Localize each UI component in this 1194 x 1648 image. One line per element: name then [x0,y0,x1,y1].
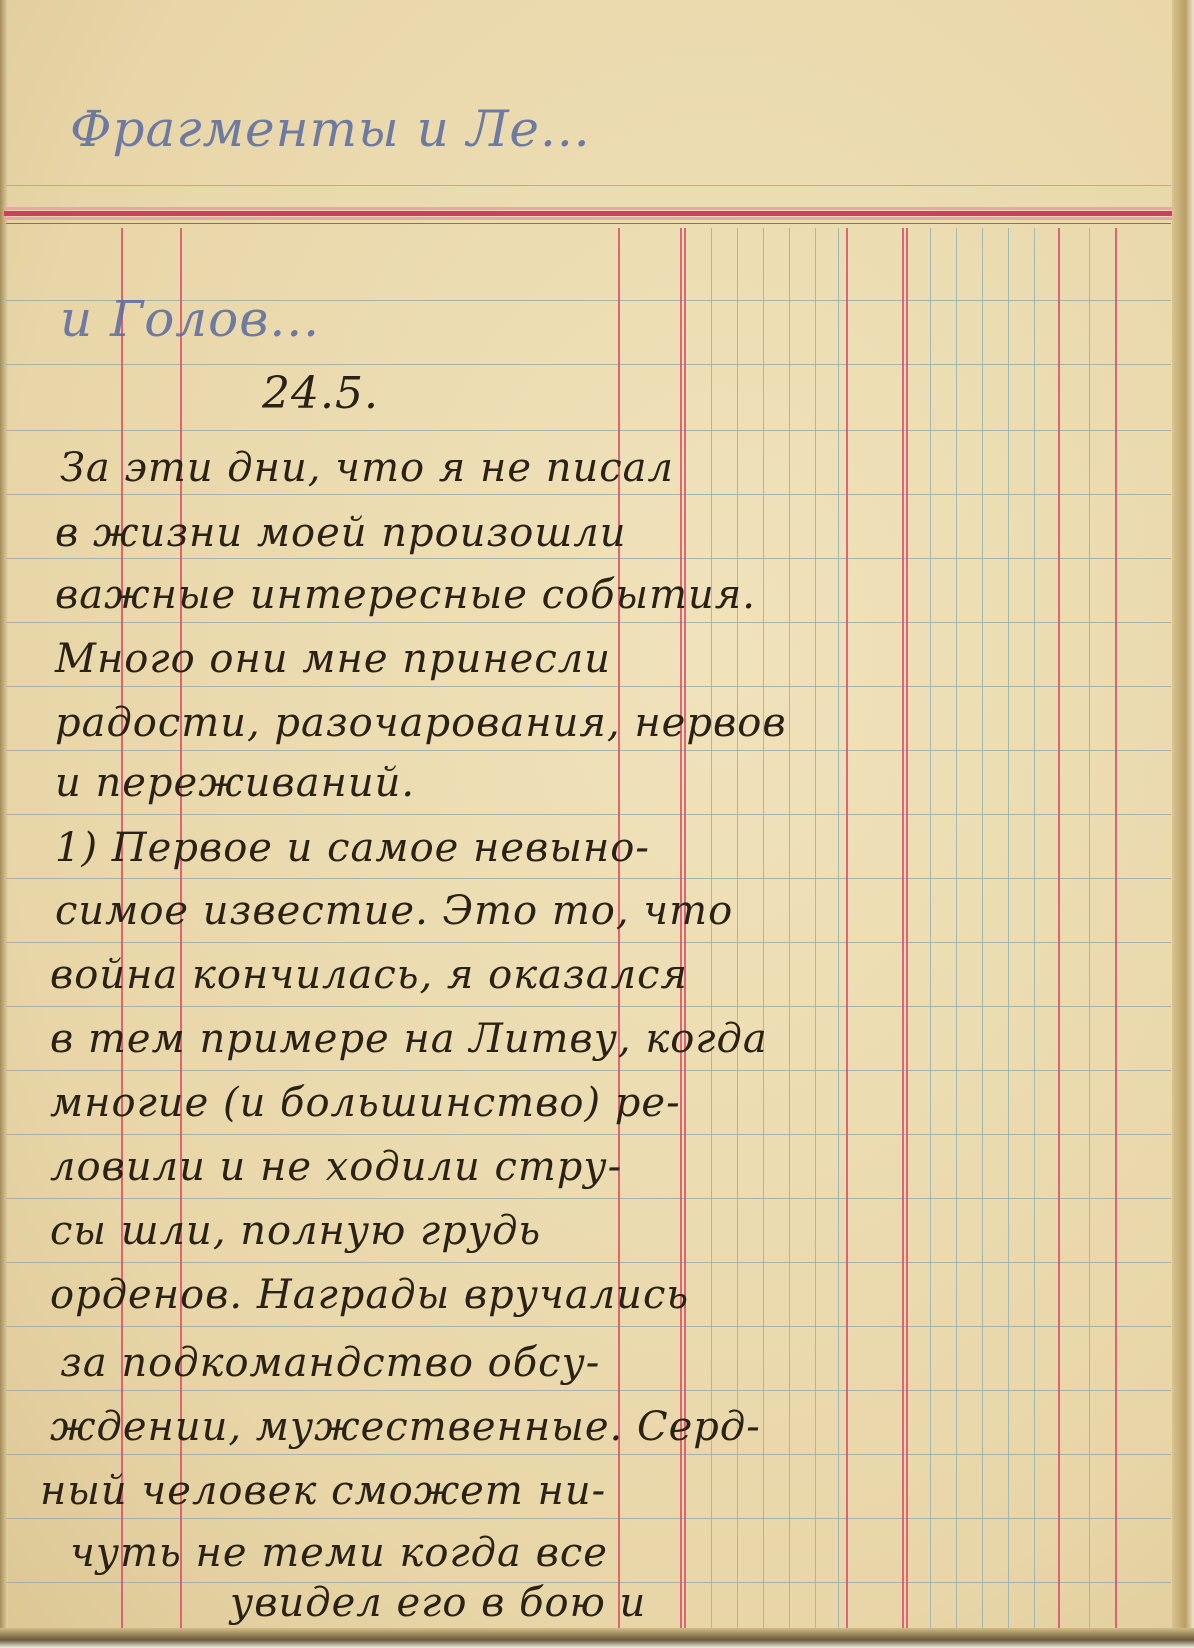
column-rule-blue [930,228,931,1628]
column-rule-blue [1089,228,1090,1628]
column-rule-red [902,228,904,1628]
rule-line [6,223,1171,224]
column-rule-blue [789,228,790,1628]
column-rule-blue [956,228,957,1628]
column-rule-red [1115,228,1117,1628]
column-rule-blue [1034,228,1035,1628]
handwritten-line: ловили и не ходили стру- [50,1144,622,1190]
column-rule-red [846,228,848,1628]
column-rule-blue [982,228,983,1628]
pencil-note: Фрагменты и Ле... [70,100,591,158]
header-rule-pink [4,217,1172,220]
handwritten-line: многие (и большинство) ре- [50,1080,681,1126]
handwritten-line: 1) Первое и самое невыно- [55,825,650,871]
page-edge-right [1172,0,1194,1648]
binding-edge [0,0,8,1648]
column-rule-red [906,228,908,1628]
handwritten-line: за подкомандство обсу- [60,1340,600,1386]
handwritten-line: ный человек сможет ни- [40,1468,606,1514]
entry-date: 24.5. [262,368,379,419]
page-edge-bottom [0,1628,1194,1648]
header-rule-pink [4,207,1172,210]
column-rule-red [1058,228,1060,1628]
rule-line [6,185,1171,186]
handwritten-line: симое известие. Это то, что [55,888,733,934]
handwritten-line: чуть не теми когда все [70,1530,608,1576]
notebook-page: Фрагменты и Ле... и Голов... 24.5. За эт… [0,0,1194,1648]
handwritten-line: За эти дни, что я не писал [60,445,674,491]
column-rule-blue [838,228,839,1628]
pencil-note: и Голов... [60,290,320,348]
column-rule-blue [1008,228,1009,1628]
handwritten-line: и переживаний. [55,760,415,806]
handwritten-line: орденов. Награды вручались [50,1272,689,1318]
handwritten-line: ждении, мужественные. Серд- [50,1404,761,1450]
handwritten-line: Много они мне принесли [55,636,611,682]
header-rule-red [4,211,1172,216]
handwritten-line: война кончилась, я оказался [50,952,688,998]
column-rule-blue [815,228,816,1628]
handwritten-line: в жизни моей произошли [55,510,627,556]
column-rule-blue [763,228,764,1628]
handwritten-line: радости, разочарования, нервов [55,700,787,746]
handwritten-line: в тем примере на Литву, когда [50,1016,768,1062]
handwritten-line: сы шли, полную грудь [50,1208,541,1254]
handwritten-line: важные интересные события. [55,572,756,618]
handwritten-line: увидел его в бою и [230,1580,646,1626]
